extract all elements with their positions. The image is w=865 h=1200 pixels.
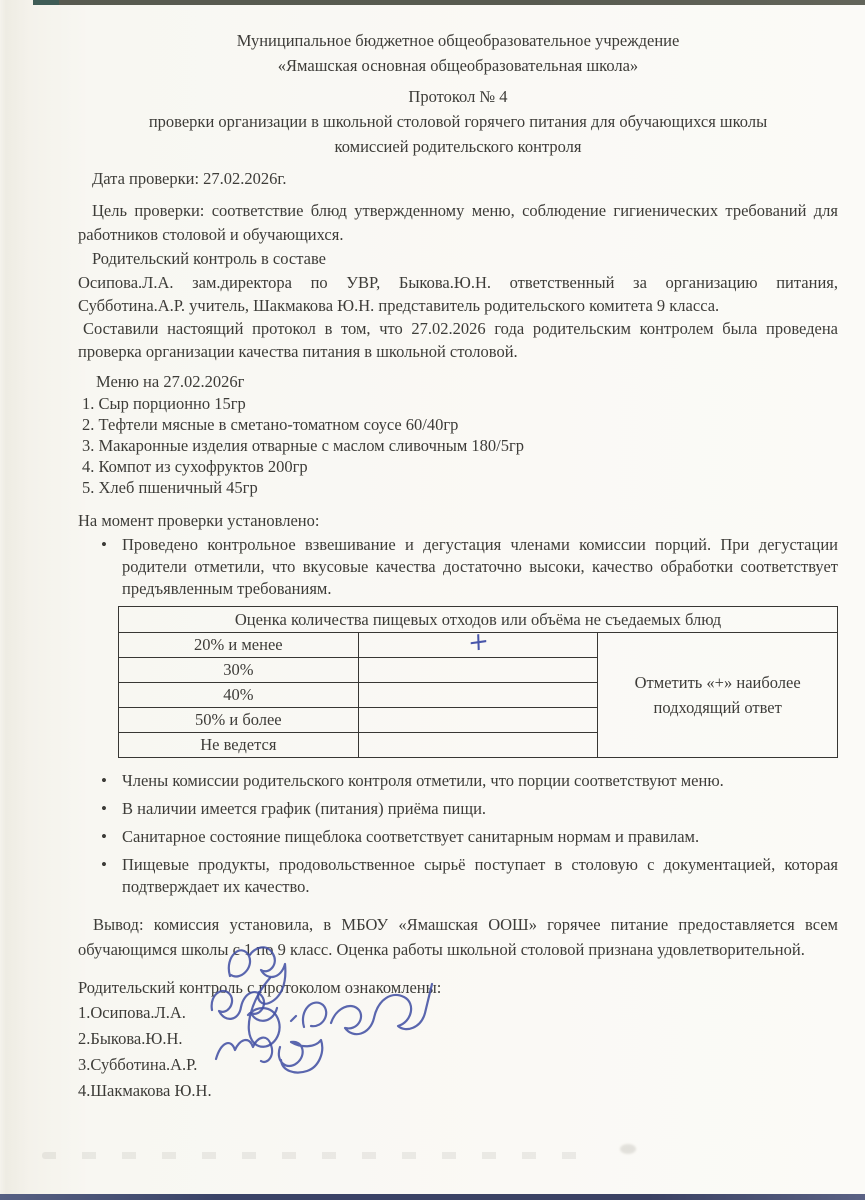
- option-not-tracked: Не ведется: [119, 733, 359, 758]
- conclusion: Вывод: комиссия установила, в МБОУ «Ямаш…: [78, 912, 838, 962]
- org-name-line1: Муниципальное бюджетное общеобразователь…: [78, 28, 838, 53]
- signer-name-3: 3.Субботина.А.Р.: [78, 1052, 838, 1078]
- mark-cell-50: [358, 708, 598, 733]
- doc-title: Протокол № 4: [78, 84, 838, 109]
- table-row: 20% и менее + Отметить «+» наиболее подх…: [119, 633, 838, 658]
- committee-intro: Родительский контроль в составе: [78, 247, 838, 271]
- menu-title: Меню на 27.02.2026г: [78, 371, 838, 393]
- doc-subtitle-line1: проверки организации в школьной столовой…: [78, 109, 838, 134]
- findings-heading: На момент проверки установлено:: [78, 510, 838, 532]
- menu-item-3: 3. Макаронные изделия отварные с маслом …: [78, 435, 838, 456]
- bullet-portions: Члены комиссии родительского контроля от…: [78, 770, 838, 792]
- bullet-schedule: В наличии имеется график (питания) приём…: [78, 798, 838, 820]
- option-20-or-less: 20% и менее: [119, 633, 359, 658]
- mark-cell-none: [358, 733, 598, 758]
- mark-cell-40: [358, 683, 598, 708]
- scan-smudge: [42, 1152, 602, 1159]
- mark-cell-30: [358, 658, 598, 683]
- findings-bullet-list: Члены комиссии родительского контроля от…: [78, 770, 838, 898]
- org-name-line2: «Ямашская основная общеобразовательная ш…: [78, 53, 838, 78]
- bullet-sanitary: Санитарное состояние пищеблока соответст…: [78, 826, 838, 848]
- signer-name-1: 1.Осипова.Л.А.: [78, 1000, 838, 1026]
- scan-edge-top: [33, 0, 865, 5]
- menu-item-5: 5. Хлеб пшеничный 45гр: [78, 477, 838, 498]
- signatures-heading: Родительский контроль с протоколом ознак…: [78, 976, 838, 1000]
- inspection-purpose: Цель проверки: соответствие блюд утвержд…: [78, 199, 838, 247]
- option-50-or-more: 50% и более: [119, 708, 359, 733]
- option-40: 40%: [119, 683, 359, 708]
- scan-smudge: [620, 1144, 636, 1154]
- doc-subtitle-line2: комиссией родительского контроля: [78, 134, 838, 159]
- menu-item-2: 2. Тефтели мясные в сметано-томатном соу…: [78, 414, 838, 435]
- signer-name-4: 4.Шакмакова Ю.Н.: [78, 1078, 838, 1104]
- document-body: Муниципальное бюджетное общеобразователь…: [78, 28, 838, 1104]
- bullet-products: Пищевые продукты, продовольственное сырь…: [78, 854, 838, 898]
- menu-item-4: 4. Компот из сухофруктов 200гр: [78, 456, 838, 477]
- waste-assessment-table: Оценка количества пищевых отходов или об…: [118, 606, 838, 758]
- scanned-protocol-document: Муниципальное бюджетное общеобразователь…: [0, 0, 865, 1200]
- scan-edge-bottom: [0, 1194, 865, 1200]
- mark-cell-20: +: [358, 633, 598, 658]
- protocol-statement: Составили настоящий протокол в том, что …: [78, 317, 838, 363]
- signatures-name-list: 1.Осипова.Л.А. 2.Быкова.Ю.Н. 3.Субботина…: [78, 1000, 838, 1104]
- bullet-tasting: Проведено контрольное взвешивание и дегу…: [78, 534, 838, 600]
- handwritten-plus-mark: +: [467, 631, 488, 652]
- menu-item-1: 1. Сыр порционно 15гр: [78, 393, 838, 414]
- committee-members: Осипова.Л.А. зам.директора по УВР, Быков…: [78, 271, 838, 317]
- menu-list: 1. Сыр порционно 15гр 2. Тефтели мясные …: [78, 393, 838, 498]
- inspection-date: Дата проверки: 27.02.2026г.: [78, 167, 838, 191]
- signer-name-2: 2.Быкова.Ю.Н.: [78, 1026, 838, 1052]
- table-note: Отметить «+» наиболее подходящий ответ: [598, 633, 838, 758]
- option-30: 30%: [119, 658, 359, 683]
- findings-bullet-1: Проведено контрольное взвешивание и дегу…: [78, 534, 838, 600]
